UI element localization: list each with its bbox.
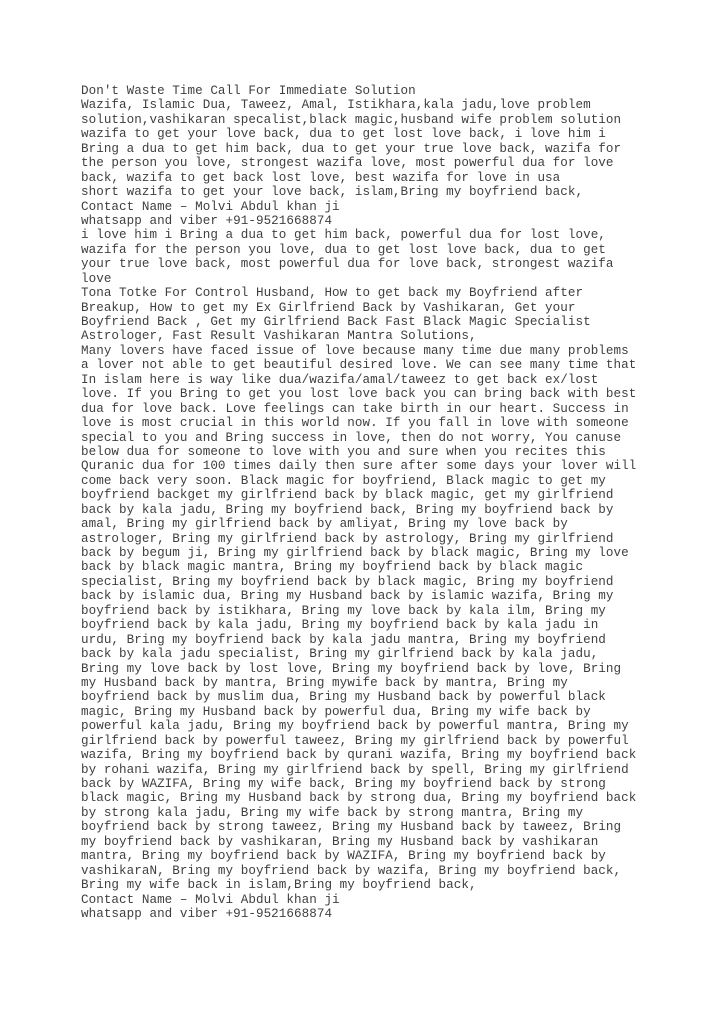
document-text-line: back, wazifa to get back lost love, best… — [81, 171, 661, 185]
document-text-line: girlfriend back by powerful taweez, Brin… — [81, 734, 661, 748]
document-text-line: Many lovers have faced issue of love bec… — [81, 344, 661, 358]
document-text-line: below dua for someone to love with you a… — [81, 445, 661, 459]
document-text-line: your true love back, most powerful dua f… — [81, 257, 661, 271]
document-text-line: mantra, Bring my boyfriend back by WAZIF… — [81, 849, 661, 863]
document-text-line: urdu, Bring my boyfriend back by kala ja… — [81, 633, 661, 647]
document-text-line: short wazifa to get your love back, isla… — [81, 185, 661, 199]
document-text-line: Bring my wife back in islam,Bring my boy… — [81, 878, 661, 892]
document-text-line: black magic, Bring my Husband back by st… — [81, 791, 661, 805]
document-text-line: solution,vashikaran specalist,black magi… — [81, 113, 661, 127]
document-text-line: come back very soon. Black magic for boy… — [81, 474, 661, 488]
document-text-line: love. If you Bring to get you lost love … — [81, 387, 661, 401]
document-text-line: Bring a dua to get him back, dua to get … — [81, 142, 661, 156]
document-text-line: boyfriend back by kala jadu, Bring my bo… — [81, 618, 661, 632]
document-text-line: Bring my love back by lost love, Bring m… — [81, 662, 661, 676]
document-text-line: powerful kala jadu, Bring my boyfriend b… — [81, 719, 661, 733]
document-text-line: boyfriend back by strong taweez, Bring m… — [81, 820, 661, 834]
document-text-line: boyfriend back by istikhara, Bring my lo… — [81, 604, 661, 618]
document-text-line: Astrologer, Fast Result Vashikaran Mantr… — [81, 329, 661, 343]
document-page: Don't Waste Time Call For Immediate Solu… — [0, 0, 720, 1018]
document-text-line: whatsapp and viber +91-9521668874 — [81, 214, 661, 228]
document-text-line: boyfriend back by muslim dua, Bring my H… — [81, 690, 661, 704]
document-text-line: wazifa, Bring my boyfriend back by quran… — [81, 748, 661, 762]
document-text-line: whatsapp and viber +91-9521668874 — [81, 907, 661, 921]
document-text-line: In islam here is way like dua/wazifa/ama… — [81, 373, 661, 387]
document-text-line: magic, Bring my Husband back by powerful… — [81, 705, 661, 719]
document-text-line: Wazifa, Islamic Dua, Taweez, Amal, Istik… — [81, 98, 661, 112]
document-text-line: the person you love, strongest wazifa lo… — [81, 156, 661, 170]
document-text-line: Breakup, How to get my Ex Girlfriend Bac… — [81, 301, 661, 315]
document-text-line: love — [81, 272, 661, 286]
document-text-line: Contact Name – Molvi Abdul khan ji — [81, 200, 661, 214]
document-text-line: Contact Name – Molvi Abdul khan ji — [81, 893, 661, 907]
document-text-line: back by begum ji, Bring my girlfriend ba… — [81, 546, 661, 560]
document-text-line: vashikaraN, Bring my boyfriend back by w… — [81, 864, 661, 878]
document-text-line: amal, Bring my girlfriend back by amliya… — [81, 517, 661, 531]
document-text-line: Quranic dua for 100 times daily then sur… — [81, 459, 661, 473]
document-text-line: Tona Totke For Control Husband, How to g… — [81, 286, 661, 300]
document-text-line: my Husband back by mantra, Bring mywife … — [81, 676, 661, 690]
document-text-line: Boyfriend Back , Get my Girlfriend Back … — [81, 315, 661, 329]
document-text-line: special to you and Bring success in love… — [81, 431, 661, 445]
document-text-line: a lover not able to get beautiful desire… — [81, 358, 661, 372]
document-text-line: my boyfriend back by vashikaran, Bring m… — [81, 835, 661, 849]
document-text-line: back by kala jadu specialist, Bring my g… — [81, 647, 661, 661]
document-text-line: boyfriend backget my girlfriend back by … — [81, 488, 661, 502]
document-text-line: back by kala jadu, Bring my boyfriend ba… — [81, 503, 661, 517]
document-text-line: back by WAZIFA, Bring my wife back, Brin… — [81, 777, 661, 791]
document-text-line: dua for love back. Love feelings can tak… — [81, 402, 661, 416]
document-text-line: by rohani wazifa, Bring my girlfriend ba… — [81, 763, 661, 777]
document-text-line: wazifa to get your love back, dua to get… — [81, 127, 661, 141]
document-text-line: astrologer, Bring my girlfriend back by … — [81, 532, 661, 546]
document-text-line: by strong kala jadu, Bring my wife back … — [81, 806, 661, 820]
document-text-line: wazifa for the person you love, dua to g… — [81, 243, 661, 257]
document-text-line: specialist, Bring my boyfriend back by b… — [81, 575, 661, 589]
document-text-line: back by black magic mantra, Bring my boy… — [81, 560, 661, 574]
document-text-line: back by islamic dua, Bring my Husband ba… — [81, 589, 661, 603]
document-text-line: love is most crucial in this world now. … — [81, 416, 661, 430]
document-text-block: Don't Waste Time Call For Immediate Solu… — [81, 84, 661, 921]
document-text-line: Don't Waste Time Call For Immediate Solu… — [81, 84, 661, 98]
document-text-line: i love him i Bring a dua to get him back… — [81, 228, 661, 242]
